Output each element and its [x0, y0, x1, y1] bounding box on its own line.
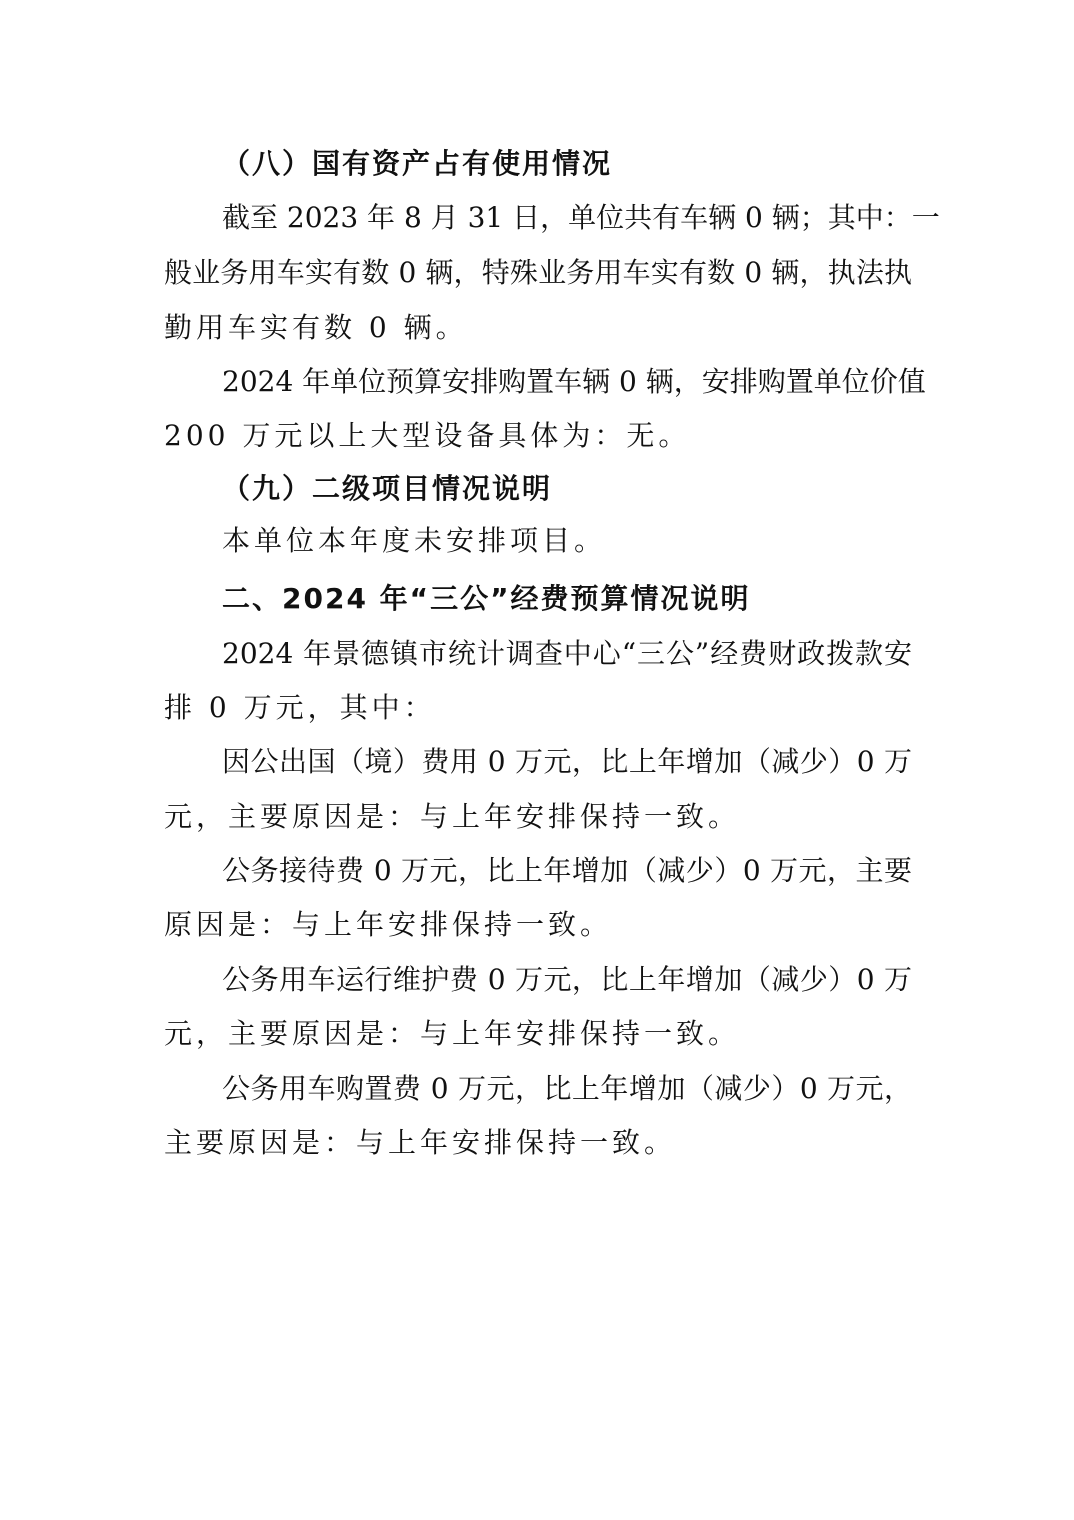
paragraph-line: 排 0 万元，其中： [164, 690, 436, 726]
paragraph-line: 2024 年景德镇市统计调查中心“三公”经费财政拨款安 [222, 636, 912, 672]
paragraph-line: 元，主要原因是：与上年安排保持一致。 [164, 1016, 740, 1052]
paragraph-line: 截至 2023 年 8 月 31 日，单位共有车辆 0 辆；其中：一 [222, 200, 912, 236]
paragraph-line: 2024 年单位预算安排购置车辆 0 辆，安排购置单位价值 [222, 364, 912, 400]
paragraph-line: 公务用车购置费 0 万元，比上年增加（减少）0 万元， [222, 1071, 912, 1107]
paragraph-line: 原因是：与上年安排保持一致。 [164, 907, 612, 943]
paragraph-line: 元，主要原因是：与上年安排保持一致。 [164, 799, 740, 835]
paragraph-line: 勤用车实有数 0 辆。 [164, 310, 468, 346]
paragraph-line: 本单位本年度未安排项目。 [222, 523, 606, 559]
section-heading-three-public: 二、2024 年“三公”经费预算情况说明 [222, 581, 750, 617]
paragraph-line: 公务接待费 0 万元，比上年增加（减少）0 万元，主要 [222, 853, 912, 889]
paragraph-line: 因公出国（境）费用 0 万元，比上年增加（减少）0 万 [222, 744, 912, 780]
paragraph-line: 公务用车运行维护费 0 万元，比上年增加（减少）0 万 [222, 962, 912, 998]
section-heading-assets: （八）国有资产占有使用情况 [222, 146, 612, 182]
paragraph-line: 主要原因是：与上年安排保持一致。 [164, 1125, 676, 1161]
paragraph-line: 200 万元以上大型设备具体为：无。 [164, 418, 690, 454]
paragraph-line: 般业务用车实有数 0 辆，特殊业务用车实有数 0 辆，执法执 [164, 255, 912, 291]
section-heading-projects: （九）二级项目情况说明 [222, 471, 552, 507]
